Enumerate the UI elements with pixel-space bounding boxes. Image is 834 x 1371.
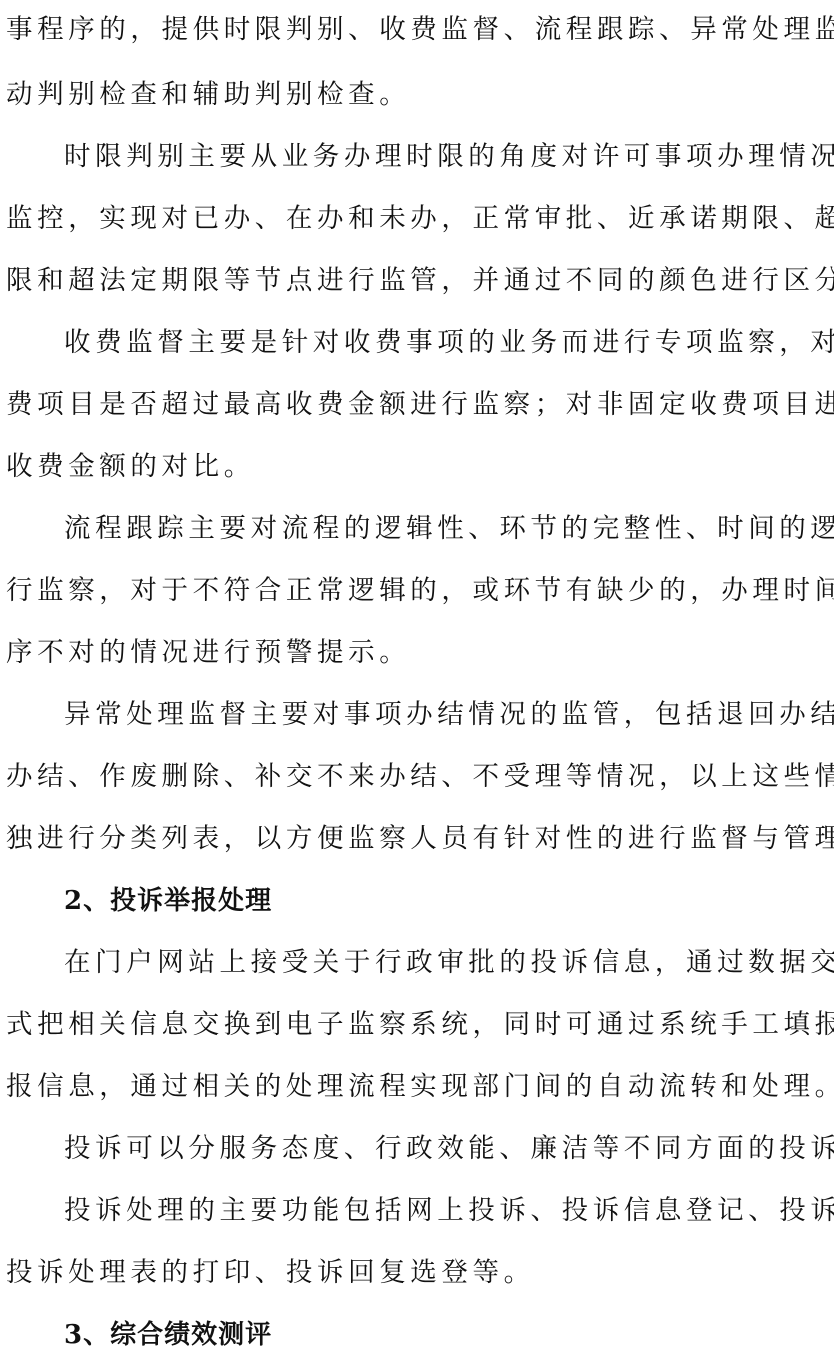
paragraph-line: 在门户网站上接受关于行政审批的投诉信息，通过数据交换的方	[64, 947, 834, 979]
paragraph-line: 投诉可以分服务态度、行政效能、廉洁等不同方面的投诉。	[64, 1133, 834, 1165]
section-heading-performance-evaluation: 3、综合绩效测评	[64, 1319, 272, 1351]
paragraph-line: 投诉处理的主要功能包括网上投诉、投诉信息登记、投诉处理、	[64, 1195, 834, 1227]
paragraph-line: 行监察，对于不符合正常逻辑的，或环节有缺少的，办理时间逻辑顺	[6, 575, 834, 607]
paragraph-line: 异常处理监督主要对事项办结情况的监管，包括退回办结、删除	[64, 699, 834, 731]
paragraph-line: 限和超法定期限等节点进行监管，并通过不同的颜色进行区分。	[6, 265, 834, 297]
paragraph-line: 动判别检查和辅助判别检查。	[6, 79, 410, 111]
paragraph-line: 事程序的，提供时限判别、收费监督、流程跟踪、异常处理监督等自	[6, 14, 834, 46]
paragraph-line: 投诉处理表的打印、投诉回复选登等。	[6, 1257, 535, 1289]
paragraph-line: 费项目是否超过最高收费金额进行监察；对非固定收费项目进行平均	[6, 389, 834, 421]
paragraph-line: 式把相关信息交换到电子监察系统，同时可通过系统手工填报投诉举	[6, 1009, 834, 1041]
paragraph-line: 监控，实现对已办、在办和未办，正常审批、近承诺期限、超承诺期	[6, 203, 834, 235]
paragraph-line: 独进行分类列表，以方便监察人员有针对性的进行监督与管理。	[6, 823, 834, 855]
paragraph-line: 收费监督主要是针对收费事项的业务而进行专项监察，对固定收	[64, 327, 834, 359]
section-heading-complaint-handling: 2、投诉举报处理	[64, 885, 272, 917]
paragraph-line: 办结、作废删除、补交不来办结、不受理等情况，以上这些情况可单	[6, 761, 834, 793]
paragraph-line: 时限判别主要从业务办理时限的角度对许可事项办理情况进行	[64, 141, 834, 173]
paragraph-line: 流程跟踪主要对流程的逻辑性、环节的完整性、时间的逻辑性进	[64, 513, 834, 545]
paragraph-line: 序不对的情况进行预警提示。	[6, 637, 410, 669]
paragraph-line: 报信息，通过相关的处理流程实现部门间的自动流转和处理。	[6, 1071, 834, 1103]
paragraph-line: 收费金额的对比。	[6, 451, 255, 483]
